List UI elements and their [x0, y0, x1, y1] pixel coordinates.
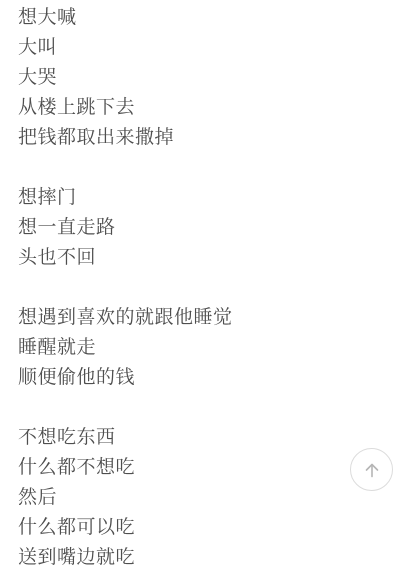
back-to-top-button[interactable]	[350, 448, 393, 491]
poem-stanza: 想遇到喜欢的就跟他睡觉 睡醒就走 顺便偷他的钱	[18, 302, 233, 392]
poem-line: 想一直走路	[18, 212, 233, 242]
poem-line: 顺便偷他的钱	[18, 362, 233, 392]
poem-line: 从楼上跳下去	[18, 92, 233, 122]
poem-stanza: 想摔门 想一直走路 头也不回	[18, 182, 233, 272]
poem-line: 然后	[18, 482, 233, 512]
poem-line: 头也不回	[18, 242, 233, 272]
poem-line: 想遇到喜欢的就跟他睡觉	[18, 302, 233, 332]
poem-line: 把钱都取出来撒掉	[18, 122, 233, 152]
poem-stanza: 不想吃东西 什么都不想吃 然后 什么都可以吃 送到嘴边就吃	[18, 422, 233, 566]
page: 想大喊 大叫 大哭 从楼上跳下去 把钱都取出来撒掉 想摔门 想一直走路 头也不回…	[0, 0, 400, 566]
poem-line: 什么都可以吃	[18, 512, 233, 542]
poem-line: 睡醒就走	[18, 332, 233, 362]
poem-line: 大哭	[18, 62, 233, 92]
poem-line: 什么都不想吃	[18, 452, 233, 482]
poem-line: 大叫	[18, 32, 233, 62]
up-arrow-icon	[360, 458, 384, 482]
poem-stanza: 想大喊 大叫 大哭 从楼上跳下去 把钱都取出来撒掉	[18, 2, 233, 152]
poem-line: 不想吃东西	[18, 422, 233, 452]
poem-line: 送到嘴边就吃	[18, 542, 233, 566]
poem-text: 想大喊 大叫 大哭 从楼上跳下去 把钱都取出来撒掉 想摔门 想一直走路 头也不回…	[18, 2, 233, 566]
poem-line: 想大喊	[18, 2, 233, 32]
poem-line: 想摔门	[18, 182, 233, 212]
